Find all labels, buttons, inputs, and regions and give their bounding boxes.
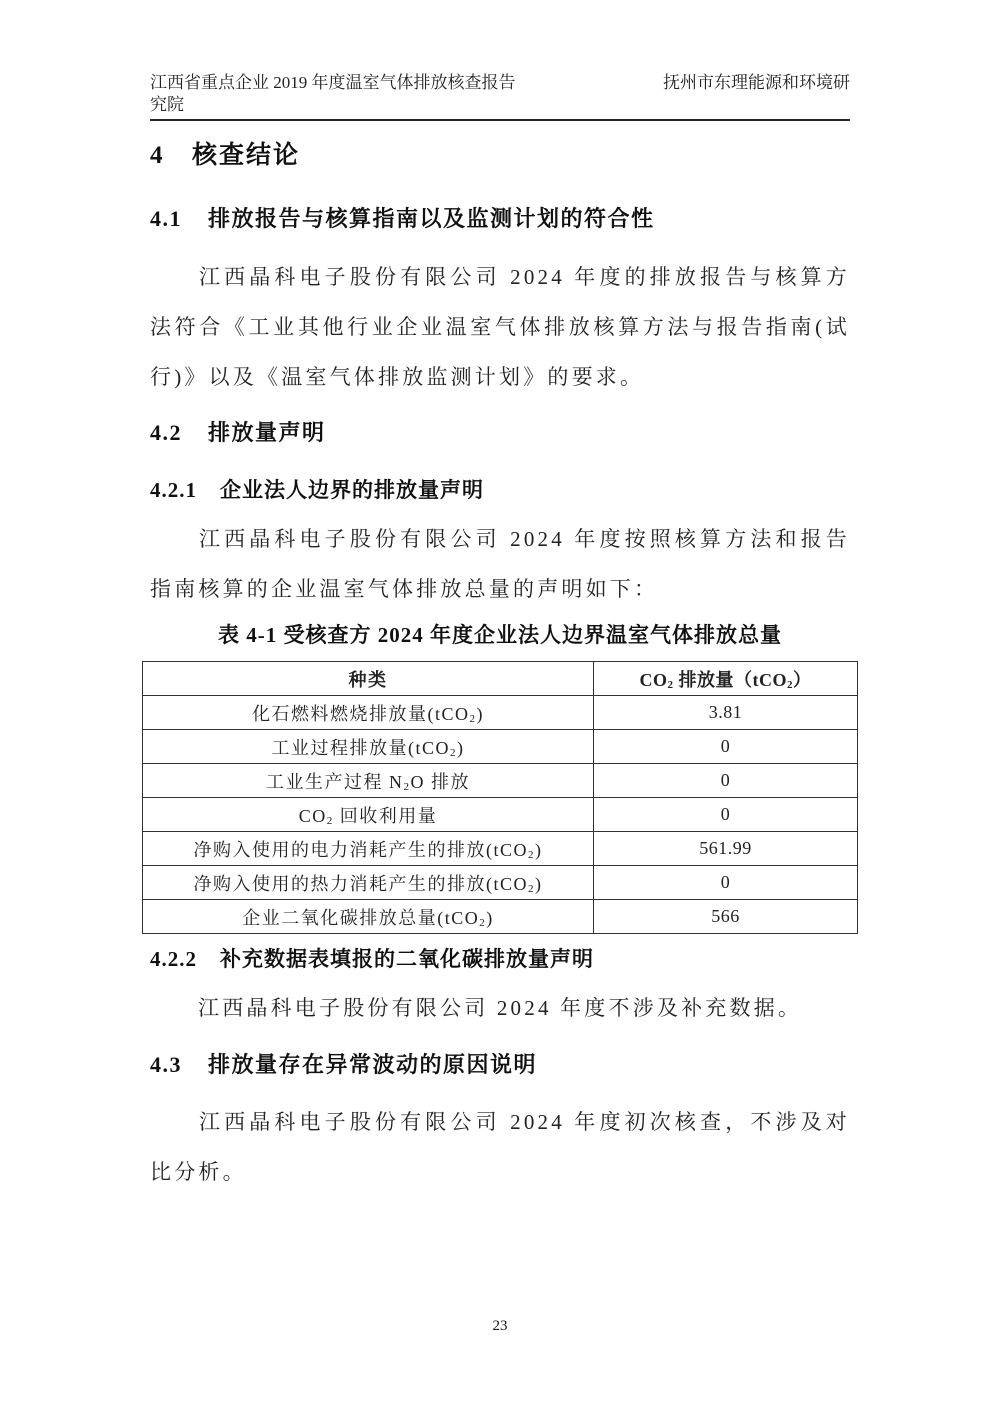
row-value: 3.81 <box>593 696 857 730</box>
section-4-2-1-body: 江西晶科电子股份有限公司 2024 年度按照核算方法和报告指南核算的企业温室气体… <box>150 514 850 614</box>
header-report-title-text: 江西省重点企业 2019 年度温室气体排放核查报告 <box>150 73 516 92</box>
row-label: 工业生产过程 N2O 排放 <box>143 764 594 798</box>
subscript: 2 <box>450 747 457 759</box>
label-suffix: ) <box>476 704 484 724</box>
row-value: 0 <box>593 866 857 900</box>
header-category: 种类 <box>143 662 594 696</box>
row-value: 566 <box>593 900 857 934</box>
label-text: 化石燃料燃烧排放量(tCO <box>252 704 470 724</box>
paragraph-text: 江西晶科电子股份有限公司 2024 年度不涉及补充数据。 <box>198 996 802 1020</box>
header-report-title: 江西省重点企业 2019 年度温室气体排放核查报告 究院 <box>150 72 550 116</box>
row-label: 化石燃料燃烧排放量(tCO2) <box>143 696 594 730</box>
table-row: CO2 回收利用量 0 <box>143 798 858 832</box>
section-4-2-2-body: 江西晶科电子股份有限公司 2024 年度不涉及补充数据。 <box>150 983 850 1033</box>
section-number: 4.2 <box>150 418 208 448</box>
subscript: 2 <box>528 883 535 895</box>
label-text: 工业过程排放量(tCO <box>271 738 450 758</box>
section-4-2-2-heading: 4.2.2补充数据表填报的二氧化碳排放量声明 <box>150 945 594 973</box>
table-header-row: 种类 CO2 排放量（tCO2） <box>143 662 858 696</box>
table-row: 工业生产过程 N2O 排放 0 <box>143 764 858 798</box>
label-suffix: ) <box>535 840 543 860</box>
row-label: CO2 回收利用量 <box>143 798 594 832</box>
section-4-3-body: 江西晶科电子股份有限公司 2024 年度初次核查，不涉及对比分析。 <box>150 1097 850 1197</box>
subscript: 2 <box>327 815 334 827</box>
header-divider <box>150 119 850 121</box>
label-suffix: 回收利用量 <box>334 806 438 826</box>
label-text: 净购入使用的电力消耗产生的排放(tCO <box>193 840 528 860</box>
row-label: 净购入使用的电力消耗产生的排放(tCO2) <box>143 832 594 866</box>
paragraph-text: 江西晶科电子股份有限公司 2024 年度按照核算方法和报告指南核算的企业温室气体… <box>150 527 850 601</box>
table-row: 净购入使用的电力消耗产生的排放(tCO2) 561.99 <box>143 832 858 866</box>
section-4-heading: 4核查结论 <box>150 140 300 172</box>
label-suffix: ) <box>457 738 465 758</box>
emissions-table: 种类 CO2 排放量（tCO2） 化石燃料燃烧排放量(tCO2) 3.81 工业… <box>142 661 858 934</box>
section-title: 企业法人边界的排放量声明 <box>220 478 484 502</box>
document-page: 江西省重点企业 2019 年度温室气体排放核查报告 究院 抚州市东理能源和环境研… <box>0 0 1000 1414</box>
page-number: 23 <box>0 1318 1000 1335</box>
section-title: 补充数据表填报的二氧化碳排放量声明 <box>220 947 594 971</box>
section-4-3-heading: 4.3排放量存在异常波动的原因说明 <box>150 1050 537 1080</box>
row-value: 0 <box>593 798 857 832</box>
label-suffix: ) <box>486 908 494 928</box>
label-text: 净购入使用的热力消耗产生的排放(tCO <box>193 874 528 894</box>
row-label: 净购入使用的热力消耗产生的排放(tCO2) <box>143 866 594 900</box>
subscript: 2 <box>528 849 535 861</box>
label-text: 工业生产过程 N <box>266 772 404 792</box>
section-number: 4.1 <box>150 204 208 234</box>
label-text: CO <box>299 806 327 826</box>
header-text: 排放量（tCO <box>673 670 787 690</box>
header-text: CO <box>639 670 667 690</box>
label-suffix: ) <box>535 874 543 894</box>
header-report-title-wrap: 究院 <box>150 95 184 114</box>
section-4-2-1-heading: 4.2.1企业法人边界的排放量声明 <box>150 476 484 504</box>
header-text: ） <box>793 670 812 690</box>
table-row: 化石燃料燃烧排放量(tCO2) 3.81 <box>143 696 858 730</box>
section-title: 排放量存在异常波动的原因说明 <box>208 1052 537 1077</box>
table-row: 净购入使用的热力消耗产生的排放(tCO2) 0 <box>143 866 858 900</box>
row-value: 561.99 <box>593 832 857 866</box>
paragraph-text: 江西晶科电子股份有限公司 2024 年度初次核查，不涉及对比分析。 <box>150 1110 850 1184</box>
table-row-total: 企业二氧化碳排放总量(tCO2) 566 <box>143 900 858 934</box>
paragraph-text: 江西晶科电子股份有限公司 2024 年度的排放报告与核算方法符合《工业其他行业企… <box>150 265 850 389</box>
row-value: 0 <box>593 730 857 764</box>
row-value: 0 <box>593 764 857 798</box>
section-number: 4.2.2 <box>150 945 220 973</box>
header-organization: 抚州市东理能源和环境研 <box>663 72 850 94</box>
header-co2-emissions: CO2 排放量（tCO2） <box>593 662 857 696</box>
table-caption: 表 4-1 受核查方 2024 年度企业法人边界温室气体排放总量 <box>150 620 850 650</box>
section-title: 排放报告与核算指南以及监测计划的符合性 <box>208 206 655 231</box>
label-suffix: O 排放 <box>410 772 470 792</box>
section-number: 4 <box>150 140 192 172</box>
section-4-2-heading: 4.2排放量声明 <box>150 418 326 448</box>
label-text: 企业二氧化碳排放总量(tCO <box>242 908 479 928</box>
table-row: 工业过程排放量(tCO2) 0 <box>143 730 858 764</box>
section-number: 4.3 <box>150 1050 208 1080</box>
section-title: 排放量声明 <box>208 420 326 445</box>
row-label: 企业二氧化碳排放总量(tCO2) <box>143 900 594 934</box>
row-label: 工业过程排放量(tCO2) <box>143 730 594 764</box>
section-number: 4.2.1 <box>150 476 220 504</box>
section-4-1-body: 江西晶科电子股份有限公司 2024 年度的排放报告与核算方法符合《工业其他行业企… <box>150 252 850 402</box>
section-4-1-heading: 4.1排放报告与核算指南以及监测计划的符合性 <box>150 204 655 234</box>
section-title: 核查结论 <box>192 142 300 169</box>
